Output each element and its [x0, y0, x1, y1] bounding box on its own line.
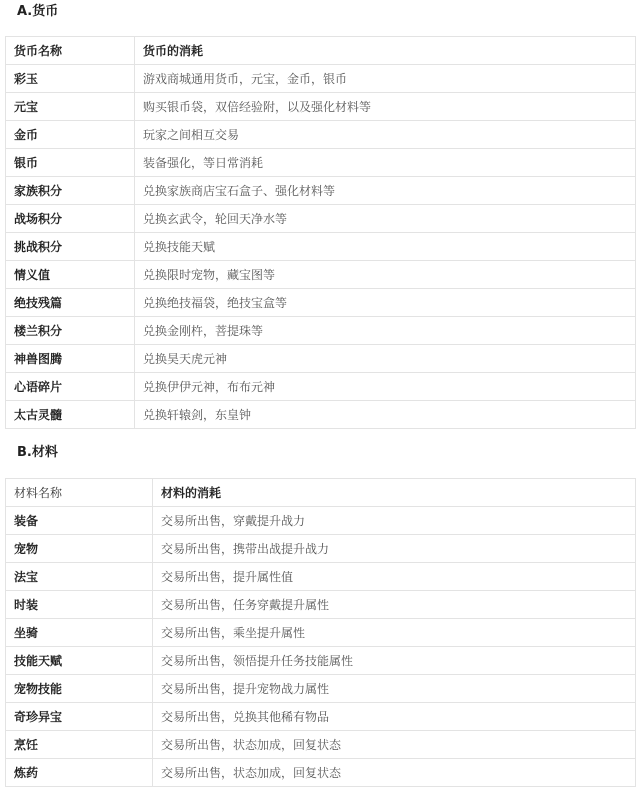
material-usage: 交易所出售，穿戴提升战力: [153, 507, 636, 535]
material-usage: 交易所出售，兑换其他稀有物品: [153, 703, 636, 731]
table-header-row: 材料名称 材料的消耗: [6, 479, 636, 507]
material-name: 烹饪: [6, 731, 153, 759]
material-usage: 交易所出售，乘坐提升属性: [153, 619, 636, 647]
table-row: 心语碎片兑换伊伊元神，布布元神: [6, 373, 636, 401]
material-usage: 交易所出售，提升宠物战力属性: [153, 675, 636, 703]
material-usage: 交易所出售，状态加成，回复状态: [153, 759, 636, 787]
table-row: 金币玩家之间相互交易: [6, 121, 636, 149]
material-usage: 交易所出售，领悟提升任务技能属性: [153, 647, 636, 675]
currency-usage: 兑换家族商店宝石盒子、强化材料等: [135, 177, 636, 205]
currency-name: 情义值: [6, 261, 135, 289]
currency-usage: 玩家之间相互交易: [135, 121, 636, 149]
currency-usage: 游戏商城通用货币，元宝，金币，银币: [135, 65, 636, 93]
currency-name: 金币: [6, 121, 135, 149]
material-usage: 交易所出售，提升属性值: [153, 563, 636, 591]
currency-name: 家族积分: [6, 177, 135, 205]
currency-usage: 兑换伊伊元神，布布元神: [135, 373, 636, 401]
table-row: 技能天赋交易所出售，领悟提升任务技能属性: [6, 647, 636, 675]
table-row: 神兽图腾兑换昊天虎元神: [6, 345, 636, 373]
currency-name: 绝技残篇: [6, 289, 135, 317]
material-name: 宠物: [6, 535, 153, 563]
currency-name: 元宝: [6, 93, 135, 121]
currency-usage: 装备强化，等日常消耗: [135, 149, 636, 177]
table-row: 银币装备强化，等日常消耗: [6, 149, 636, 177]
material-name: 时装: [6, 591, 153, 619]
currency-name: 彩玉: [6, 65, 135, 93]
table-row: 战场积分兑换玄武令，轮回天净水等: [6, 205, 636, 233]
table-row: 宠物技能交易所出售，提升宠物战力属性: [6, 675, 636, 703]
currency-name: 银币: [6, 149, 135, 177]
currency-usage: 购买银币袋，双倍经验附，以及强化材料等: [135, 93, 636, 121]
currency-name: 神兽图腾: [6, 345, 135, 373]
column-header-currency-usage: 货币的消耗: [135, 37, 636, 65]
table-row: 奇珍异宝交易所出售，兑换其他稀有物品: [6, 703, 636, 731]
table-row: 绝技残篇兑换绝技福袋，绝技宝盒等: [6, 289, 636, 317]
currency-usage: 兑换绝技福袋，绝技宝盒等: [135, 289, 636, 317]
material-usage: 交易所出售，携带出战提升战力: [153, 535, 636, 563]
material-name: 奇珍异宝: [6, 703, 153, 731]
table-row: 情义值兑换限时宠物，藏宝图等: [6, 261, 636, 289]
material-name: 法宝: [6, 563, 153, 591]
column-header-material-name: 材料名称: [6, 479, 153, 507]
table-row: 宠物交易所出售，携带出战提升战力: [6, 535, 636, 563]
materials-table: 材料名称 材料的消耗 装备交易所出售，穿戴提升战力 宠物交易所出售，携带出战提升…: [5, 478, 636, 787]
material-name: 宠物技能: [6, 675, 153, 703]
table-row: 装备交易所出售，穿戴提升战力: [6, 507, 636, 535]
currency-usage: 兑换技能天赋: [135, 233, 636, 261]
currency-name: 战场积分: [6, 205, 135, 233]
currency-name: 楼兰积分: [6, 317, 135, 345]
currency-name: 太古灵髓: [6, 401, 135, 429]
section-title-currency: A.货币: [17, 4, 58, 20]
currency-usage: 兑换昊天虎元神: [135, 345, 636, 373]
material-name: 炼药: [6, 759, 153, 787]
table-row: 坐骑交易所出售，乘坐提升属性: [6, 619, 636, 647]
material-usage: 交易所出售，状态加成，回复状态: [153, 731, 636, 759]
table-row: 烹饪交易所出售，状态加成，回复状态: [6, 731, 636, 759]
material-usage: 交易所出售，任务穿戴提升属性: [153, 591, 636, 619]
currency-usage: 兑换限时宠物，藏宝图等: [135, 261, 636, 289]
table-row: 彩玉游戏商城通用货币，元宝，金币，银币: [6, 65, 636, 93]
column-header-currency-name: 货币名称: [6, 37, 135, 65]
table-row: 挑战积分兑换技能天赋: [6, 233, 636, 261]
table-row: 时装交易所出售，任务穿戴提升属性: [6, 591, 636, 619]
currency-name: 挑战积分: [6, 233, 135, 261]
section-title-materials: B.材料: [17, 445, 58, 461]
column-header-material-usage: 材料的消耗: [153, 479, 636, 507]
currency-usage: 兑换金刚杵，菩提珠等: [135, 317, 636, 345]
table-row: 炼药交易所出售，状态加成，回复状态: [6, 759, 636, 787]
currency-name: 心语碎片: [6, 373, 135, 401]
table-row: 元宝购买银币袋，双倍经验附，以及强化材料等: [6, 93, 636, 121]
table-row: 家族积分兑换家族商店宝石盒子、强化材料等: [6, 177, 636, 205]
table-row: 太古灵髓兑换轩辕剑，东皇钟: [6, 401, 636, 429]
material-name: 技能天赋: [6, 647, 153, 675]
table-row: 楼兰积分兑换金刚杵，菩提珠等: [6, 317, 636, 345]
table-header-row: 货币名称 货币的消耗: [6, 37, 636, 65]
currency-usage: 兑换玄武令，轮回天净水等: [135, 205, 636, 233]
material-name: 坐骑: [6, 619, 153, 647]
table-row: 法宝交易所出售，提升属性值: [6, 563, 636, 591]
material-name: 装备: [6, 507, 153, 535]
currency-table: 货币名称 货币的消耗 彩玉游戏商城通用货币，元宝，金币，银币 元宝购买银币袋，双…: [5, 36, 636, 429]
currency-usage: 兑换轩辕剑，东皇钟: [135, 401, 636, 429]
